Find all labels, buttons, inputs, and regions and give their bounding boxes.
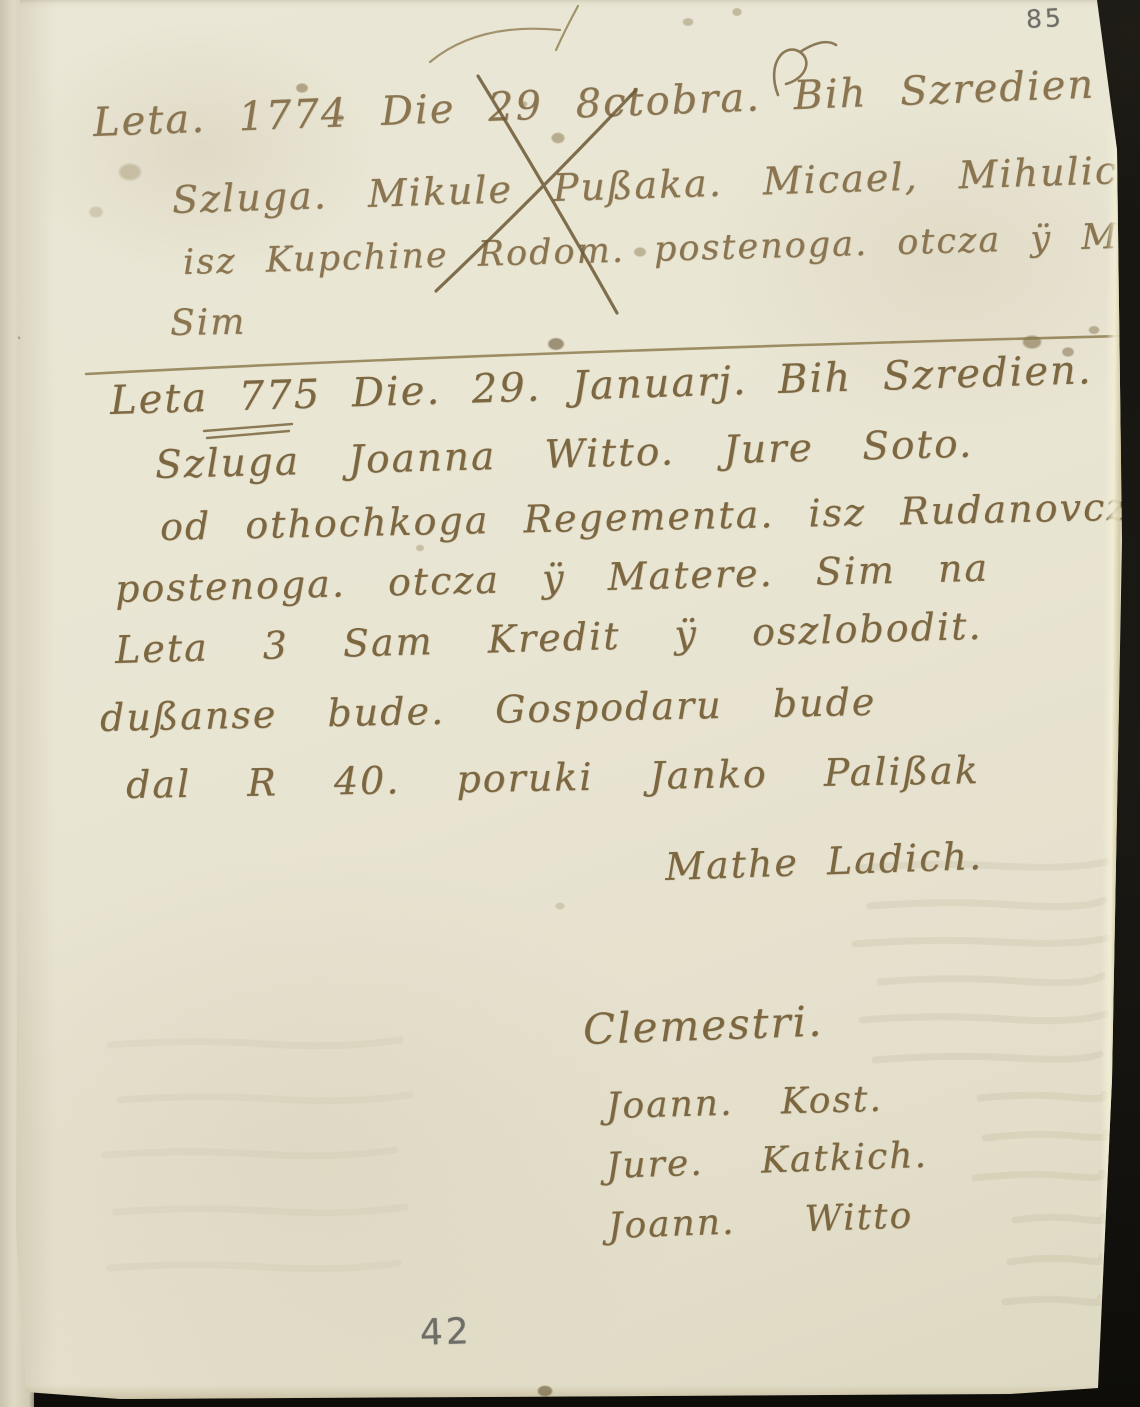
witness-line: Joann. Witto (607, 1195, 914, 1247)
manuscript-line: Szluga. Mikule Pußaka. Micael, Mihulich (171, 147, 1140, 222)
signature-mathe-ladich: Mathe Ladich. (664, 834, 983, 889)
manuscript-line: postenoga. otcza ÿ Matere. Sim na (114, 546, 989, 611)
page-number-bottom: 42 (419, 1311, 472, 1354)
manuscript-line: Sim (170, 302, 247, 344)
witness-line: Clemestri. (582, 997, 824, 1054)
manuscript-line: dußanse bude. Gospodaru bude (100, 680, 877, 740)
witness-line: Jure. Katkich. (605, 1135, 928, 1187)
top-flourish (430, 6, 578, 62)
manuscript-line: od othochkoga Regementa. isz Rudanovcza (160, 484, 1140, 549)
manuscript-line: isz Kupchine Rodom. postenoga. otcza ÿ M… (182, 214, 1140, 283)
manuscript-photo: Leta. 1774 Die 29 8ctobra. Bih Szredien … (0, 0, 1140, 1407)
manuscript-line: Szluga Joanna Witto. Jure Soto. (154, 422, 973, 488)
page-number-top-right: 85 (1025, 3, 1064, 34)
manuscript-line: dal R 40. poruki Janko Palißak (126, 748, 980, 807)
year-underline (204, 424, 292, 438)
witness-line: Joann. Kost. (605, 1079, 883, 1127)
manuscript-line: Leta 3 Sam Kredit ÿ oszlobodit. (114, 604, 983, 672)
bleed-through-left (105, 1040, 410, 1269)
manuscript-line: Leta. 1774 Die 29 8ctobra. Bih Szredien (92, 62, 1096, 146)
manuscript-line: Leta 775 Die. 29. Januarj. Bih Szredien. (109, 347, 1093, 424)
page-cut-edge (1099, 120, 1124, 1382)
manuscript-page: Leta. 1774 Die 29 8ctobra. Bih Szredien … (0, 0, 1140, 1407)
